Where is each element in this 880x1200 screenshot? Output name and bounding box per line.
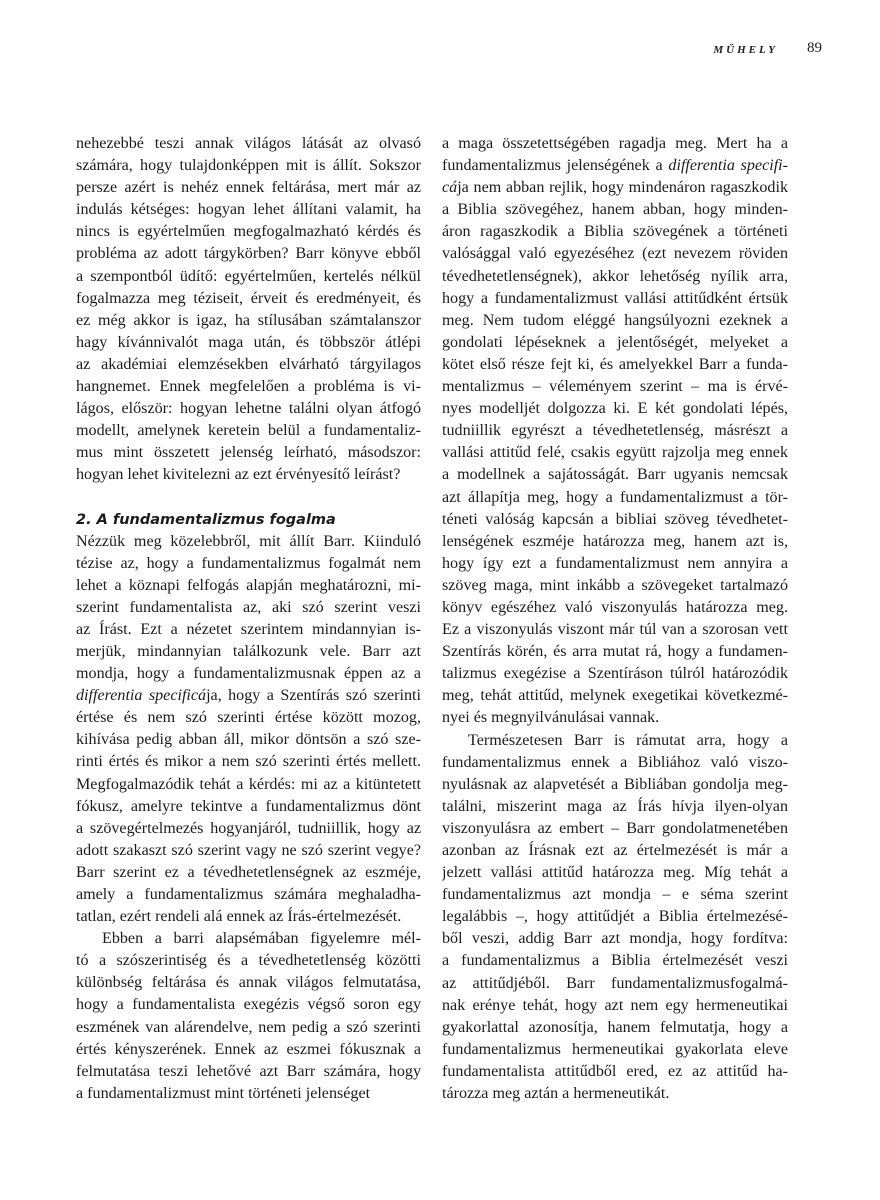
text-line: fogalmazza meg téziseit, érveit és eredm… bbox=[76, 288, 421, 310]
text-line: nincs is egyértelműen megfogalmazható ké… bbox=[76, 221, 421, 243]
text-line: értés kényszerének. Ennek az eszmei fóku… bbox=[76, 1039, 421, 1061]
text-line: vallási attitűd felé, csakis együtt rajz… bbox=[442, 442, 788, 464]
text-line: legalábbis –, hogy attitűdjét a Biblia é… bbox=[442, 906, 788, 928]
text-line: hangnemet. Ennek megfelelően a probléma … bbox=[76, 376, 421, 398]
text-line: hogy így ezt a fundamentalizmust nem ann… bbox=[442, 553, 788, 575]
paragraph: Ebben a barri alapsémában figyelemre mél… bbox=[76, 928, 421, 1105]
text-line: tó a szószerintiség és a tévedhetetlensé… bbox=[76, 950, 421, 972]
section-heading: 2. A fundamentalizmus fogalma bbox=[76, 509, 421, 531]
text-line: valósággal való egyezéséhez (ezt nevezem… bbox=[442, 243, 788, 265]
text-line: jelzett vallási attitűd határozza meg. M… bbox=[442, 862, 788, 884]
text-line: indulás kétséges: hogyan lehet állítani … bbox=[76, 199, 421, 221]
text-line: Szentírás körén, és arra mutat rá, hogy … bbox=[442, 641, 788, 663]
text-line: azt állapítja meg, hogy a fundamentalizm… bbox=[442, 487, 788, 509]
text-line: kötet első része fejt ki, és amelyekkel … bbox=[442, 354, 788, 376]
text-line: számára, hogy tulajdonképpen mit is állí… bbox=[76, 155, 421, 177]
text-line: a fundamentalizmus a Biblia értelmezését… bbox=[442, 950, 788, 972]
text-line: nyulásnak az alapvetését a Bibliában gon… bbox=[442, 774, 788, 796]
text-line: az attitűdjéből. Barr fundamentalizmusfo… bbox=[442, 973, 788, 995]
text-line: találni, miszerint maga az Írás hívja il… bbox=[442, 796, 788, 818]
paragraph: értése és nem szó szerinti értése között… bbox=[76, 707, 421, 928]
italic-term: differentia specifi- bbox=[668, 157, 788, 174]
paragraph: nehezebbé teszi annak világos látását az… bbox=[76, 133, 421, 487]
text-line: fundamentalizmus jelenségének a differen… bbox=[442, 155, 788, 177]
text-line: nyes modelljét dolgozza ki. E két gondol… bbox=[442, 398, 788, 420]
text-line: a szövegértelmezés hogyanjáról, tudniill… bbox=[76, 818, 421, 840]
text-line: rinti értés és mikor a nem szó szerinti … bbox=[76, 751, 421, 773]
text-line: Nézzük meg közelebbről, mit állít Barr. … bbox=[76, 531, 421, 553]
text-line: adott szakaszt szó szerint vagy ne szó s… bbox=[76, 840, 421, 862]
text-line: Barr szerint ez a tévedhetetlenségnek az… bbox=[76, 862, 421, 884]
text-line: a maga összetettségében ragadja meg. Mer… bbox=[442, 133, 788, 155]
text-line: fundamentalizmus ennek a Bibliához való … bbox=[442, 752, 788, 774]
text-line: viszonyulásra az embert – Barr gondolatm… bbox=[442, 818, 788, 840]
text-line: fundamentalizmus azt mondja – e séma sze… bbox=[442, 884, 788, 906]
text-line: hagy kívánnivalót maga után, és többször… bbox=[76, 332, 421, 354]
text-line: tatlan, ezért rendeli alá ennek az Írás-… bbox=[76, 906, 421, 928]
italic-term: cá bbox=[442, 179, 457, 196]
text-line: talizmus exegézise a Szentíráson túlról … bbox=[442, 663, 788, 685]
text-line: Ez a viszonyulás viszont már túl van a s… bbox=[442, 619, 788, 641]
text-line: hogy a fundamentalizmust vallási attitűd… bbox=[442, 288, 788, 310]
text-line: Megfogalmazódik tehát a kérdés: mi az a … bbox=[76, 774, 421, 796]
text-line: meg, tehát attitűd, melynek exegetikai k… bbox=[442, 685, 788, 707]
text-line: szerint fundamentalista az, aki szó szer… bbox=[76, 597, 421, 619]
text-line: eszmének van alárendelve, nem pedig a sz… bbox=[76, 1017, 421, 1039]
text-line: a modellnek a sajátosságát. Barr ugyanis… bbox=[442, 464, 788, 486]
paragraph: Természetesen Barr is rámutat arra, hogy… bbox=[442, 730, 788, 1106]
text-line: azonban az Írásnak ezt az értelmezését i… bbox=[442, 840, 788, 862]
text-line: fókusz, amelyre tekintve a fundamentaliz… bbox=[76, 796, 421, 818]
text-line: fundamentalizmus hermeneutikai gyakorlat… bbox=[442, 1039, 788, 1061]
text-line: szöveg maga, mint inkább a szövegeket ta… bbox=[442, 575, 788, 597]
right-column: a maga összetettségében ragadja meg. Mer… bbox=[442, 133, 788, 1105]
text-line: probléma az adott tárgykörben? Barr köny… bbox=[76, 243, 421, 265]
text-line: a szempontból üdítő: egyértelműen, kerte… bbox=[76, 266, 421, 288]
text-line: meg. Nem tudom eléggé hangsúlyozni ezekn… bbox=[442, 310, 788, 332]
text-line: gyakorlattal azonosítja, hanem felmutatj… bbox=[442, 1017, 788, 1039]
text-line: a Biblia szövegéhez, hanem abban, hogy m… bbox=[442, 199, 788, 221]
running-head: MŰHELY bbox=[713, 44, 778, 56]
text-line: kihívása pedig abban áll, mikor döntsön … bbox=[76, 729, 421, 751]
text-line: tézise az, hogy a fundamentalizmus fogal… bbox=[76, 553, 421, 575]
text-line: tározza meg aztán a hermeneutikát. bbox=[442, 1083, 788, 1105]
text-line: könyv egészéhez való viszonyulás határoz… bbox=[442, 597, 788, 619]
text-line: amely a fundamentalizmus számára meghala… bbox=[76, 884, 421, 906]
page-number: 89 bbox=[807, 40, 822, 57]
text-line: fundamentalista attitűdből ered, ez az a… bbox=[442, 1061, 788, 1083]
text-line: differentia specificája, hogy a Szentírá… bbox=[76, 685, 421, 707]
text-line: modellt, amelynek keretein belül a funda… bbox=[76, 420, 421, 442]
text-line: ből veszi, addig Barr azt mondja, hogy f… bbox=[442, 928, 788, 950]
text-line: nak erénye tehát, hogy azt nem egy herme… bbox=[442, 995, 788, 1017]
paragraph: Nézzük meg közelebbről, mit állít Barr. … bbox=[76, 531, 421, 686]
text-line: tévedhetetlenségnek), akkor lehetőség ny… bbox=[442, 266, 788, 288]
text-line: lágos, először: hogyan lehetne találni o… bbox=[76, 398, 421, 420]
text-line: értése és nem szó szerinti értése között… bbox=[76, 707, 421, 729]
text-line: hogy a fundamentalista exegézis végső so… bbox=[76, 994, 421, 1016]
text-line: téneti valóság kapcsán a bibliai szöveg … bbox=[442, 509, 788, 531]
paragraph: a Biblia szövegéhez, hanem abban, hogy m… bbox=[442, 199, 788, 729]
text-line: az Írást. Ezt a nézetet szerintem mindan… bbox=[76, 619, 421, 641]
text-line: persze azért is nehéz ennek feltárása, m… bbox=[76, 177, 421, 199]
text-line: lenségének eszméje határozza meg, hanem … bbox=[442, 531, 788, 553]
text-line: mondja, hogy a fundamentalizmusnak éppen… bbox=[76, 663, 421, 685]
text-line: Természetesen Barr is rámutat arra, hogy… bbox=[442, 730, 788, 752]
text-line: ez még akkor is igaz, ha stílusában szám… bbox=[76, 310, 421, 332]
text-line: különbség feltárása és annak világos fel… bbox=[76, 972, 421, 994]
text-line: az akadémiai elemzésekben elvárható tárg… bbox=[76, 354, 421, 376]
text-line: a fundamentalizmust mint történeti jelen… bbox=[76, 1083, 421, 1105]
text-line: lehet a köznapi felfogás alapján meghatá… bbox=[76, 575, 421, 597]
text-line: nyei és megnyilvánulásai vannak. bbox=[442, 707, 788, 729]
text-line: hogyan lehet kivitelezni az ezt érvényes… bbox=[76, 464, 421, 486]
text-line: áron ragaszkodik a Biblia szövegének a t… bbox=[442, 221, 788, 243]
text-line: cája nem abban rejlik, hogy mindenáron r… bbox=[442, 177, 788, 199]
text-line: nehezebbé teszi annak világos látását az… bbox=[76, 133, 421, 155]
text-line: merjük, mindannyian találkozunk vele. Ba… bbox=[76, 641, 421, 663]
text-line: felmutatása teszi lehetővé azt Barr szám… bbox=[76, 1061, 421, 1083]
left-column: nehezebbé teszi annak világos látását az… bbox=[76, 133, 421, 1105]
text-line: mus mint összetett jelenség leírható, má… bbox=[76, 442, 421, 464]
text-line: Ebben a barri alapsémában figyelemre mél… bbox=[76, 928, 421, 950]
italic-term: differentia specificá bbox=[76, 687, 206, 704]
text-line: tudniillik egyrészt a tévedhetetlenség, … bbox=[442, 420, 788, 442]
text-line: gondolati lépéseknek a jelentőségét, mel… bbox=[442, 332, 788, 354]
text-line: mentalizmus – véleményem szerint – ma is… bbox=[442, 376, 788, 398]
